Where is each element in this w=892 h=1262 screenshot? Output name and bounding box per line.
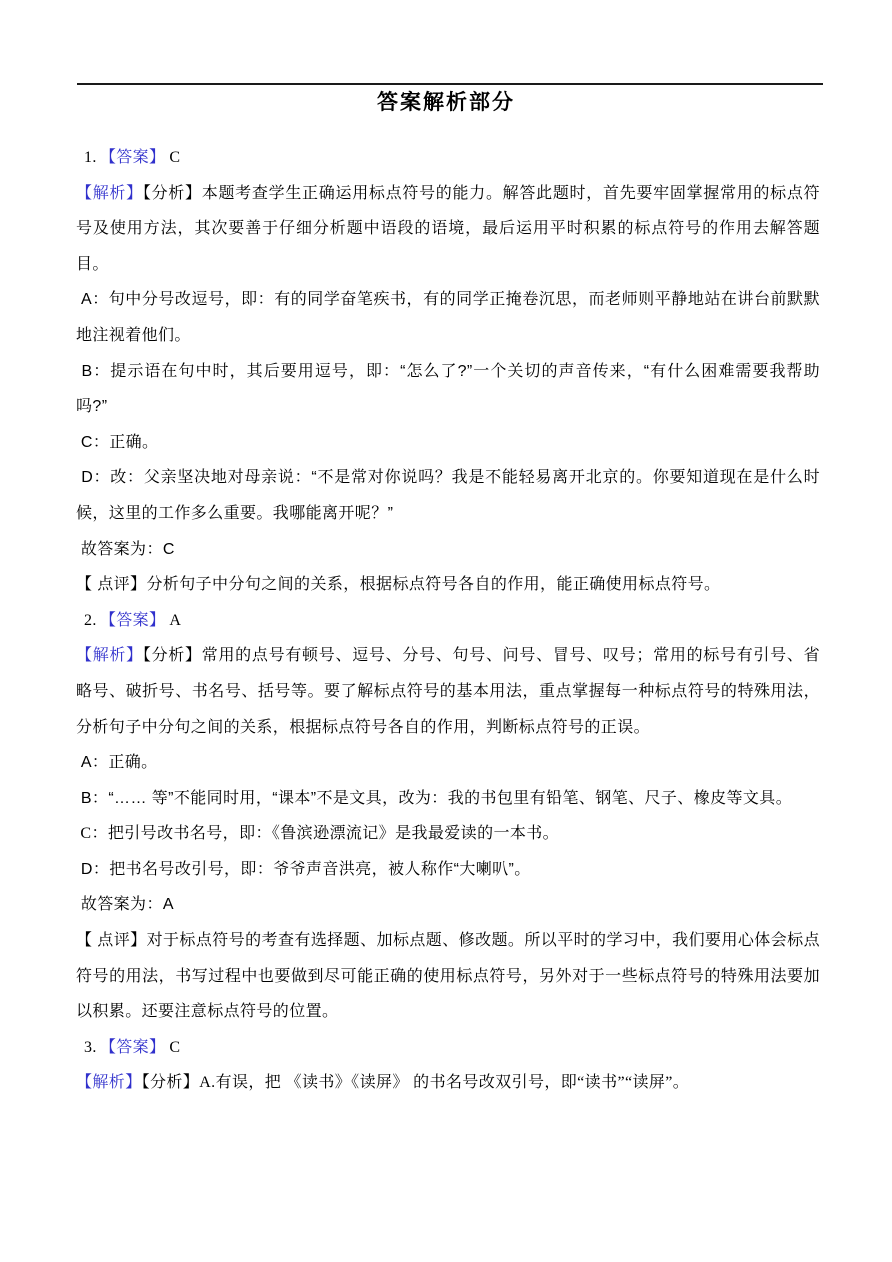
answer-label: 【答案】 — [100, 149, 166, 166]
text-segment: 故答案为：C — [76, 541, 175, 558]
text-segment: A：正确。 — [76, 754, 158, 771]
analysis-paragraph: 【解析】【分析】本题考查学生正确运用标点符号的能力。解答此题时，首先要牢固掌握常… — [76, 176, 820, 283]
question-number: 1. — [84, 149, 97, 166]
document-body: 1.【答案】C【解析】【分析】本题考查学生正确运用标点符号的能力。解答此题时，首… — [76, 140, 820, 1101]
page-title: 答案解析部分 — [0, 86, 892, 120]
analysis-paragraph: 【解析】【分析】A.有误，把 《读书》《读屏》 的书名号改双引号，即“读书”“读… — [76, 1065, 820, 1101]
option-paragraph: A：正确。 — [76, 745, 820, 781]
option-paragraph: D：把书名号改引号，即：爷爷声音洪亮，被人称作“大喇叭”。 — [76, 852, 820, 888]
conclusion-paragraph: 故答案为：C — [76, 532, 820, 568]
text-segment: 【分析】A.有误，把 《读书》《读屏》 的书名号改双引号，即“读书”“读屏”。 — [142, 1074, 690, 1091]
option-paragraph: B：提示语在句中时，其后要用逗号，即：“怎么了?”一个关切的声音传来，“有什么困… — [76, 354, 820, 425]
horizontal-rule — [77, 83, 823, 85]
option-paragraph: B：“…… 等”不能同时用，“课本”不是文具，改为：我的书包里有铅笔、钢笔、尺子… — [76, 781, 820, 817]
text-segment: 【 点评】分析句子中分句之间的关系，根据标点符号各自的作用，能正确使用标点符号。 — [76, 576, 720, 593]
comment-paragraph: 【 点评】分析句子中分句之间的关系，根据标点符号各自的作用，能正确使用标点符号。 — [76, 567, 820, 603]
answer-value: A — [169, 612, 181, 629]
question-number: 2. — [84, 612, 97, 629]
answer-label: 【答案】 — [100, 612, 166, 629]
text-segment: 【分析】本题考查学生正确运用标点符号的能力。解答此题时，首先要牢固掌握常用的标点… — [76, 185, 820, 273]
answer-label: 【答案】 — [100, 1039, 166, 1056]
text-segment: D：改：父亲坚决地对母亲说：“不是常对你说吗？我是不能轻易离开北京的。你要知道现… — [76, 469, 820, 522]
text-segment: 【解析】 — [76, 1074, 142, 1091]
answer-value: C — [169, 149, 180, 166]
option-paragraph: A：句中分号改逗号，即：有的同学奋笔疾书，有的同学正掩卷沉思，而老师则平静地站在… — [76, 282, 820, 353]
text-segment: 故答案为：A — [76, 896, 174, 913]
text-segment: C：正确。 — [76, 434, 158, 451]
conclusion-paragraph: 故答案为：A — [76, 887, 820, 923]
option-paragraph: D：改：父亲坚决地对母亲说：“不是常对你说吗？我是不能轻易离开北京的。你要知道现… — [76, 460, 820, 531]
text-segment: C：把引号改书名号，即：《鲁滨逊漂流记》是我最爱读的一本书。 — [76, 825, 559, 842]
text-segment: B：提示语在句中时，其后要用逗号，即：“怎么了?”一个关切的声音传来，“有什么困… — [76, 363, 820, 416]
question-number: 3. — [84, 1039, 97, 1056]
option-paragraph: C：把引号改书名号，即：《鲁滨逊漂流记》是我最爱读的一本书。 — [76, 816, 820, 852]
document-page: 答案解析部分 1.【答案】C【解析】【分析】本题考查学生正确运用标点符号的能力。… — [0, 0, 892, 1262]
answer-line: 2.【答案】A — [76, 603, 820, 639]
text-segment: 【 点评】对于标点符号的考查有选择题、加标点题、修改题。所以平时的学习中，我们要… — [76, 932, 787, 949]
analysis-paragraph: 【解析】【分析】常用的点号有顿号、逗号、分号、句号、问号、冒号、叹号；常用的标号… — [76, 638, 820, 745]
text-segment: 【解析】 — [76, 647, 143, 664]
text-segment: 【解析】 — [76, 185, 143, 202]
answer-line: 3.【答案】C — [76, 1030, 820, 1066]
option-paragraph: C：正确。 — [76, 425, 820, 461]
answer-line: 1.【答案】C — [76, 140, 820, 176]
answer-value: C — [169, 1039, 180, 1056]
comment-paragraph: 【 点评】对于标点符号的考查有选择题、加标点题、修改题。所以平时的学习中，我们要… — [76, 923, 820, 1030]
text-segment: A：句中分号改逗号，即：有的同学奋笔疾书，有的同学正掩卷沉思，而老师则平静地站在… — [76, 291, 820, 344]
text-segment: B：“…… 等”不能同时用，“课本”不是文具，改为：我的书包里有铅笔、钢笔、尺子… — [76, 790, 792, 807]
text-segment: D：把书名号改引号，即：爷爷声音洪亮，被人称作“大喇叭”。 — [76, 861, 531, 878]
